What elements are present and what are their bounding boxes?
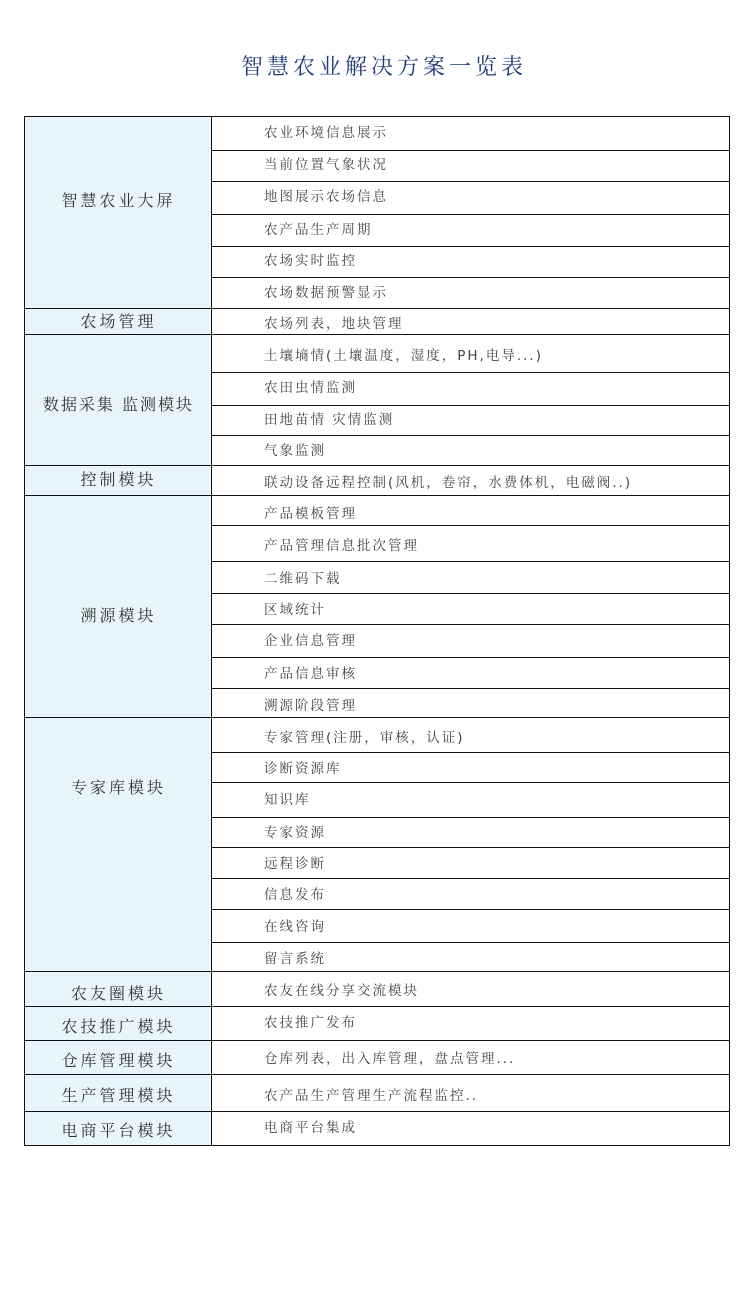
category-label: 农技推广模块 bbox=[25, 1017, 212, 1037]
table-row: 企业信息管理 bbox=[212, 624, 729, 657]
category-label: 农友圈模块 bbox=[25, 984, 212, 1004]
solution-table: 智慧农业大屏 农业环境信息展示 当前位置气象状况 地图展示农场信息 农产品生产周… bbox=[24, 116, 730, 1146]
item-label: 田地苗情 灾情监测 bbox=[264, 411, 394, 429]
table-row: 农产品生产周期 bbox=[212, 214, 729, 246]
item-label: 仓库列表，出入库管理，盘点管理... bbox=[264, 1050, 515, 1068]
table-row: 农技推广发布 bbox=[212, 1007, 729, 1041]
item-label: 农场列表，地块管理 bbox=[264, 315, 404, 333]
category-label: 控制模块 bbox=[25, 470, 212, 490]
table-row: 地图展示农场信息 bbox=[212, 181, 729, 214]
table-row: 农场数据预警显示 bbox=[212, 277, 729, 308]
table-row: 田地苗情 灾情监测 bbox=[212, 405, 729, 435]
item-label: 产品信息审核 bbox=[264, 665, 357, 683]
category-cell: 溯源模块 bbox=[25, 496, 212, 717]
item-label: 农产品生产周期 bbox=[264, 221, 373, 239]
item-label: 电商平台集成 bbox=[264, 1119, 357, 1137]
table-row: 二维码下载 bbox=[212, 561, 729, 593]
item-label: 联动设备远程控制(风机，卷帘，水费体机，电磁阀..) bbox=[264, 474, 632, 492]
table-row: 农友在线分享交流模块 bbox=[212, 972, 729, 1007]
item-label: 信息发布 bbox=[264, 886, 326, 904]
table-group-smart-screen: 智慧农业大屏 农业环境信息展示 当前位置气象状况 地图展示农场信息 农产品生产周… bbox=[25, 117, 729, 308]
table-row: 区域统计 bbox=[212, 593, 729, 624]
table-group-traceability: 溯源模块 产品模板管理 产品管理信息批次管理 二维码下载 区域统计 企业信息管理… bbox=[25, 495, 729, 717]
table-row: 留言系统 bbox=[212, 942, 729, 972]
category-cell: 农友圈模块 bbox=[25, 972, 212, 1006]
item-label: 农友在线分享交流模块 bbox=[264, 982, 419, 1000]
item-label: 溯源阶段管理 bbox=[264, 697, 357, 715]
table-row: 土壤墒情(土壤温度，湿度，PH,电导...) bbox=[212, 335, 729, 372]
table-group-expert-library: 专家库模块 专家管理(注册，审核，认证) 诊断资源库 知识库 专家资源 远程诊断… bbox=[25, 717, 729, 971]
item-label: 土壤墒情(土壤温度，湿度，PH,电导...) bbox=[264, 347, 543, 365]
category-cell: 农技推广模块 bbox=[25, 1007, 212, 1040]
category-cell: 智慧农业大屏 bbox=[25, 117, 212, 308]
item-label: 农田虫情监测 bbox=[264, 379, 357, 397]
category-cell: 农场管理 bbox=[25, 309, 212, 334]
table-group-farm-management: 农场管理 农场列表，地块管理 bbox=[25, 308, 729, 334]
table-group-warehouse: 仓库管理模块 仓库列表，出入库管理，盘点管理... bbox=[25, 1040, 729, 1074]
item-label: 气象监测 bbox=[264, 442, 326, 460]
table-row: 农场实时监控 bbox=[212, 246, 729, 277]
item-label: 在线咨询 bbox=[264, 918, 326, 936]
item-label: 专家管理(注册，审核，认证) bbox=[264, 729, 465, 747]
item-label: 区域统计 bbox=[264, 601, 326, 619]
item-label: 农产品生产管理生产流程监控.. bbox=[264, 1087, 478, 1105]
table-row: 农田虫情监测 bbox=[212, 372, 729, 405]
item-label: 专家资源 bbox=[264, 824, 326, 842]
category-cell: 电商平台模块 bbox=[25, 1112, 212, 1145]
category-label: 数据采集 监测模块 bbox=[25, 395, 212, 415]
table-group-control: 控制模块 联动设备远程控制(风机，卷帘，水费体机，电磁阀..) bbox=[25, 465, 729, 495]
page-title: 智慧农业解决方案一览表 bbox=[0, 52, 750, 84]
table-group-tech-promotion: 农技推广模块 农技推广发布 bbox=[25, 1006, 729, 1040]
item-label: 产品模板管理 bbox=[264, 505, 357, 523]
item-label: 诊断资源库 bbox=[264, 760, 342, 778]
category-cell: 生产管理模块 bbox=[25, 1075, 212, 1111]
category-label: 生产管理模块 bbox=[25, 1086, 212, 1106]
table-row: 专家资源 bbox=[212, 817, 729, 847]
table-group-production: 生产管理模块 农产品生产管理生产流程监控.. bbox=[25, 1074, 729, 1111]
table-row: 溯源阶段管理 bbox=[212, 688, 729, 718]
category-label: 溯源模块 bbox=[25, 606, 212, 626]
table-group-ecommerce: 电商平台模块 电商平台集成 bbox=[25, 1111, 729, 1145]
item-label: 企业信息管理 bbox=[264, 632, 357, 650]
category-label: 电商平台模块 bbox=[25, 1121, 212, 1141]
item-label: 产品管理信息批次管理 bbox=[264, 537, 419, 555]
category-label: 智慧农业大屏 bbox=[25, 191, 212, 211]
item-label: 农场数据预警显示 bbox=[264, 284, 388, 302]
table-row: 专家管理(注册，审核，认证) bbox=[212, 718, 729, 752]
item-label: 知识库 bbox=[264, 791, 311, 809]
table-row: 信息发布 bbox=[212, 878, 729, 909]
category-label: 专家库模块 bbox=[25, 778, 212, 798]
item-label: 远程诊断 bbox=[264, 855, 326, 873]
table-row: 农场列表，地块管理 bbox=[212, 309, 729, 335]
item-label: 农业环境信息展示 bbox=[264, 124, 388, 142]
table-row: 在线咨询 bbox=[212, 909, 729, 942]
table-row: 知识库 bbox=[212, 782, 729, 817]
table-row: 农产品生产管理生产流程监控.. bbox=[212, 1075, 729, 1112]
item-label: 二维码下载 bbox=[264, 570, 342, 588]
table-row: 当前位置气象状况 bbox=[212, 150, 729, 181]
table-row: 产品信息审核 bbox=[212, 657, 729, 688]
category-cell: 仓库管理模块 bbox=[25, 1041, 212, 1074]
table-row: 仓库列表，出入库管理，盘点管理... bbox=[212, 1041, 729, 1075]
category-label: 农场管理 bbox=[25, 312, 212, 332]
table-group-farmer-circle: 农友圈模块 农友在线分享交流模块 bbox=[25, 971, 729, 1006]
item-label: 地图展示农场信息 bbox=[264, 188, 388, 206]
category-cell: 数据采集 监测模块 bbox=[25, 335, 212, 465]
table-group-data-collection: 数据采集 监测模块 土壤墒情(土壤温度，湿度，PH,电导...) 农田虫情监测 … bbox=[25, 334, 729, 465]
category-cell: 专家库模块 bbox=[25, 718, 212, 971]
item-label: 农场实时监控 bbox=[264, 252, 357, 270]
table-row: 产品模板管理 bbox=[212, 496, 729, 525]
category-cell: 控制模块 bbox=[25, 466, 212, 495]
table-row: 诊断资源库 bbox=[212, 752, 729, 782]
table-row: 农业环境信息展示 bbox=[212, 117, 729, 150]
table-row: 远程诊断 bbox=[212, 847, 729, 878]
category-label: 仓库管理模块 bbox=[25, 1051, 212, 1071]
item-label: 当前位置气象状况 bbox=[264, 156, 388, 174]
item-label: 农技推广发布 bbox=[264, 1014, 357, 1032]
item-label: 留言系统 bbox=[264, 950, 326, 968]
table-row: 产品管理信息批次管理 bbox=[212, 525, 729, 561]
table-row: 电商平台集成 bbox=[212, 1112, 729, 1146]
table-row: 气象监测 bbox=[212, 435, 729, 466]
table-row: 联动设备远程控制(风机，卷帘，水费体机，电磁阀..) bbox=[212, 466, 729, 496]
